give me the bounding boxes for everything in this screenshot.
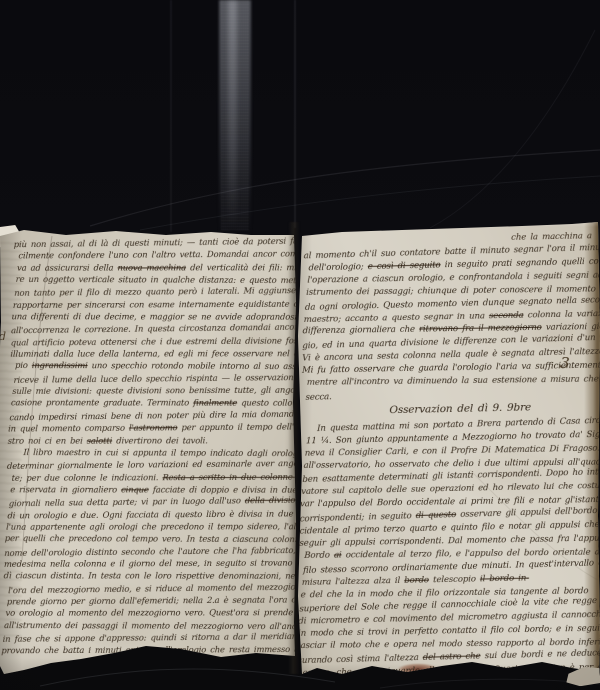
faint-vertical-line <box>294 0 296 228</box>
right-manuscript-page: che la macchina a al momento ch'il suo c… <box>292 216 600 686</box>
manuscript-line: rapportarne per sincerarsi con esame int… <box>13 298 290 312</box>
manuscript-line: medesima nella colonna e il giorno del m… <box>4 557 282 571</box>
manuscript-line: in quel momento comparso l'astronomo per… <box>8 421 286 435</box>
left-page-lines: più non assai, al di là di questi minuti… <box>1 236 292 657</box>
manuscript-line: te; per due colonne le indicazioni. Rest… <box>11 470 284 484</box>
faint-vertical-line <box>170 0 172 232</box>
page-number: 3 <box>559 354 570 373</box>
torn-corner-fragment <box>565 666 600 687</box>
manuscript-line: vo orologio al momento del mezzogiorno v… <box>5 607 280 620</box>
margin-annotation: d <box>0 330 6 343</box>
manuscript-line: va ad assicurarsi della nuova macchina d… <box>17 261 291 274</box>
right-page-block1: al momento ch'il suo contatore batte il … <box>302 243 596 404</box>
manuscript-line: provando che batta i minuti entrare all'… <box>1 643 279 657</box>
right-page-block2: In questa mattina mi son portato a Brera… <box>297 416 593 680</box>
observation-date-heading: Osservazion del dì 9. 9bre <box>389 400 593 417</box>
page-seam-shadow <box>288 222 300 674</box>
light-streak-speckle <box>221 0 249 230</box>
manuscript-line: l'una appartenente agli orologi che prec… <box>6 520 283 533</box>
right-page-text: che la macchina a al momento ch'il suo c… <box>297 230 596 680</box>
manuscript-line: stro noi ci en bei salotti divertirono d… <box>8 434 286 447</box>
manuscript-photograph: più non assai, al di là di questi minuti… <box>0 0 600 690</box>
manuscript-line: di un orologio e due. Ogni facciata di q… <box>7 507 283 521</box>
manuscript-line: cilmente confondere l'uno con l'altro ve… <box>18 248 291 262</box>
left-manuscript-page: più non assai, al di là di questi minuti… <box>0 222 298 684</box>
